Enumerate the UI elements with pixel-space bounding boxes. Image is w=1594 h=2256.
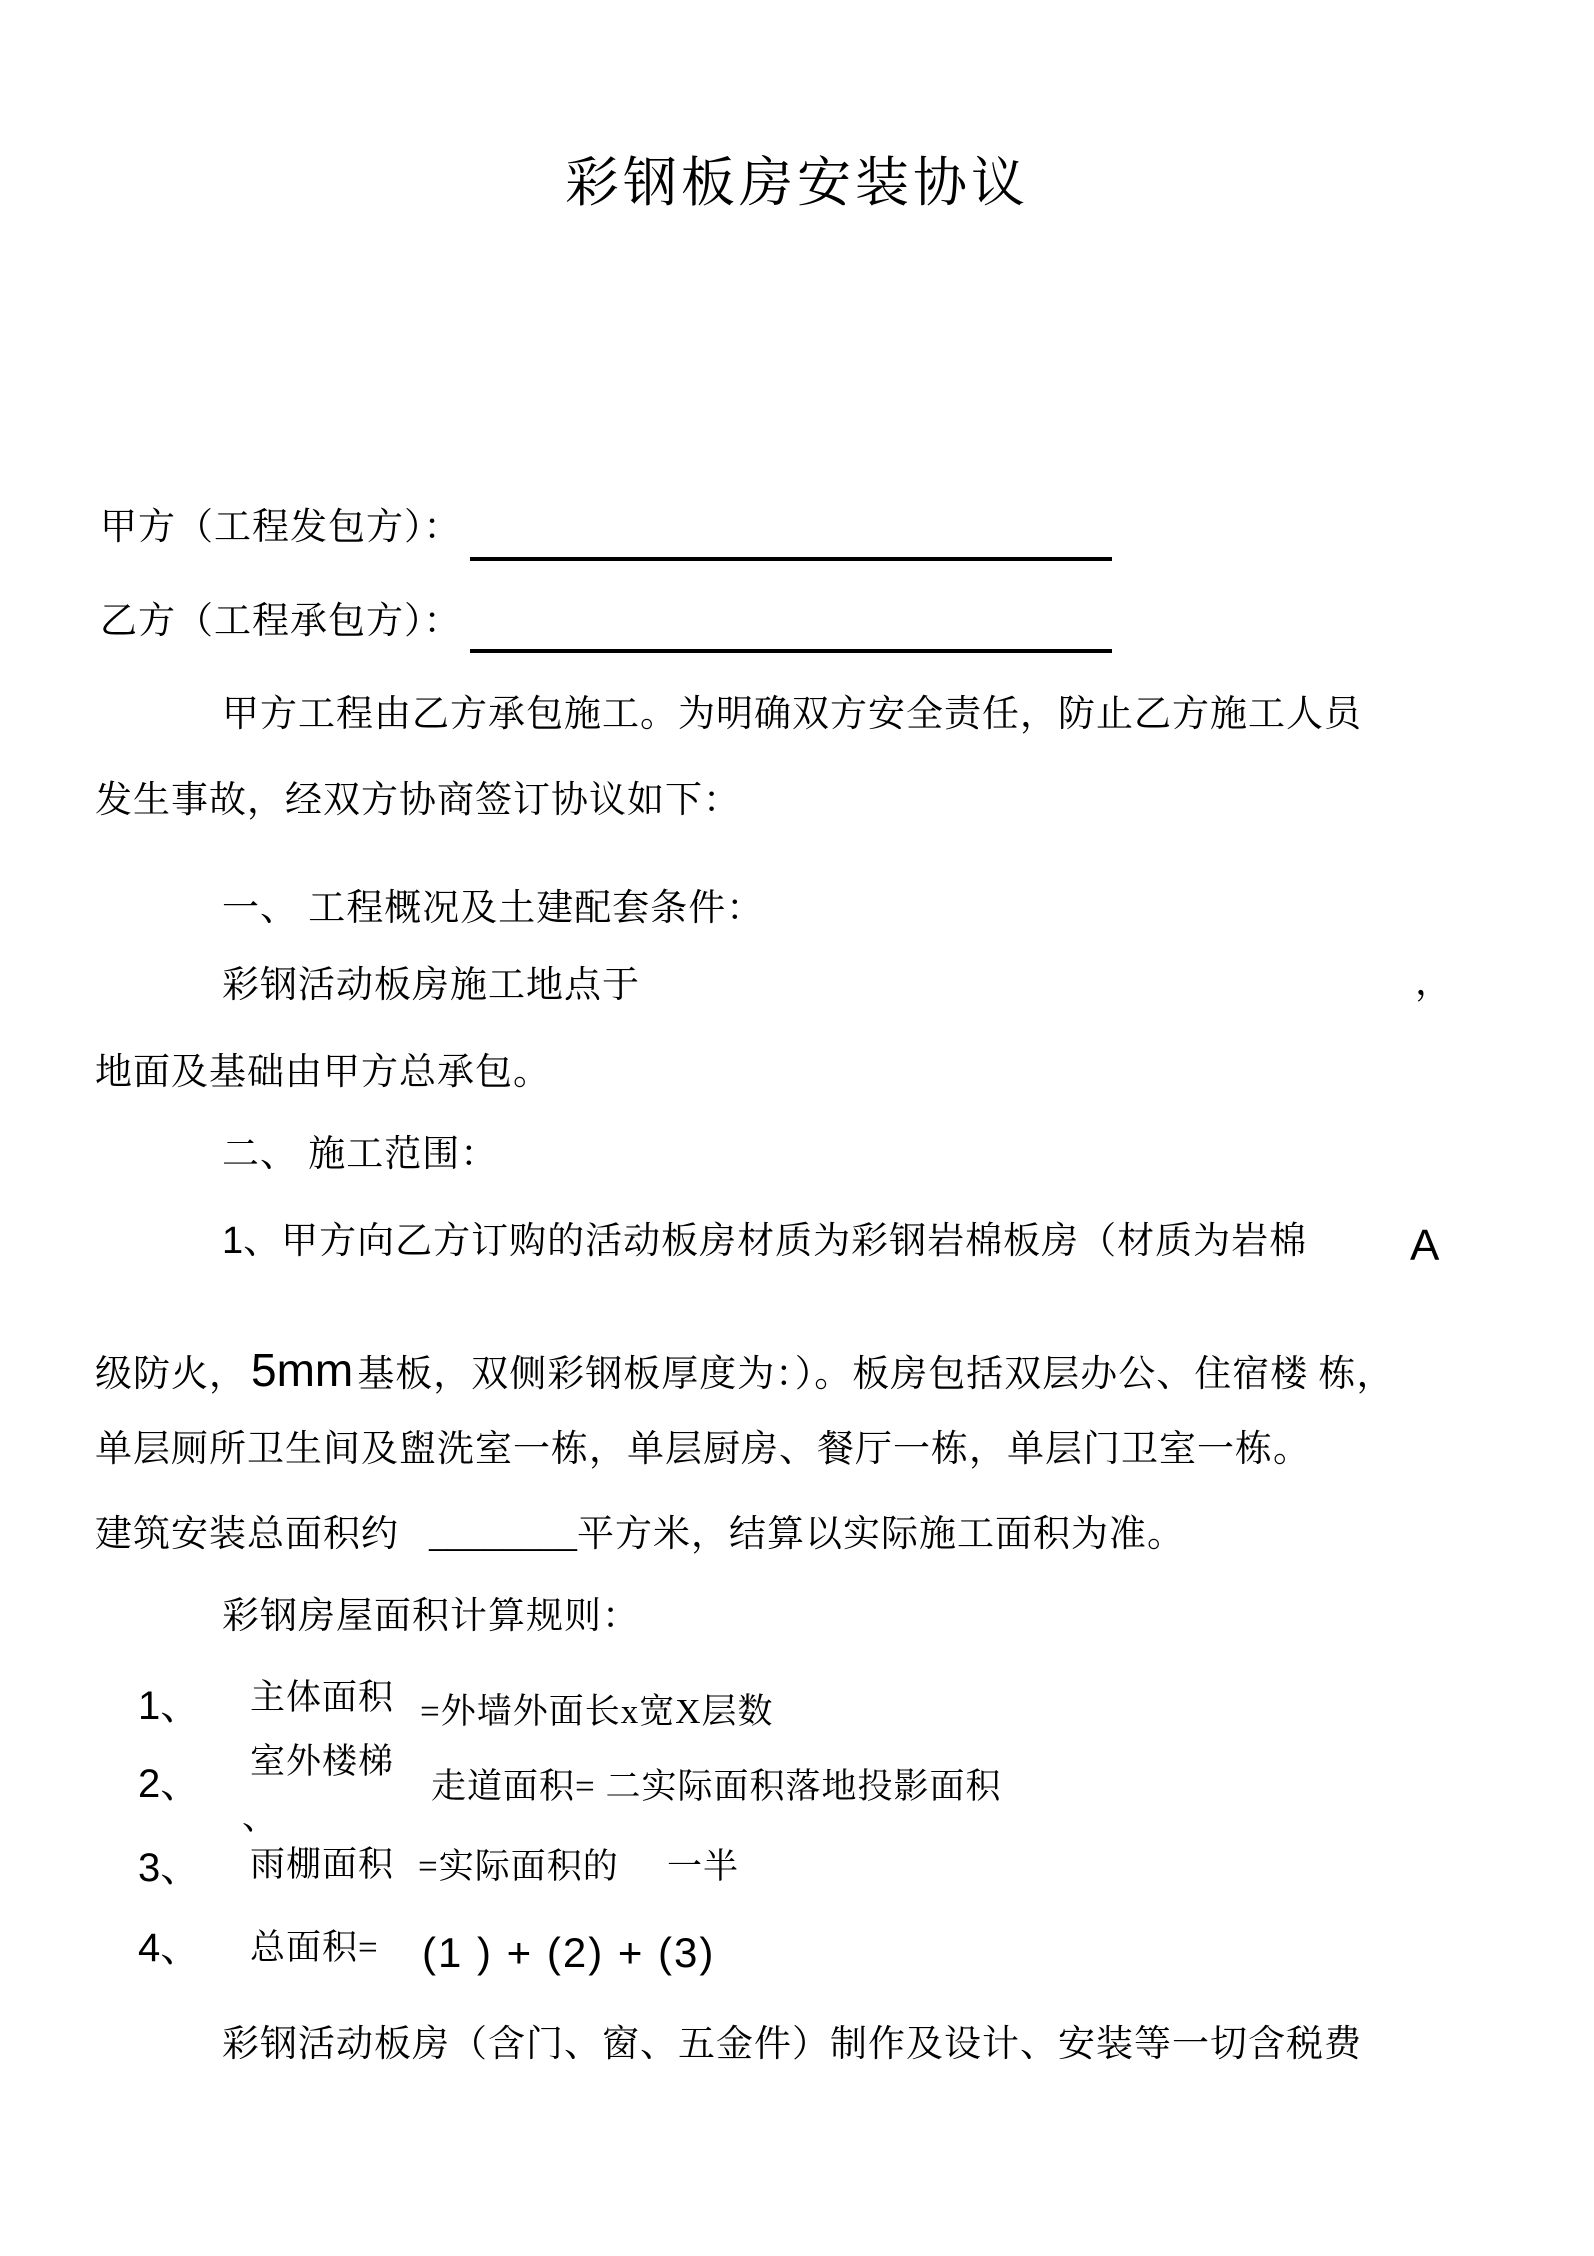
rule-item-1-number: 1、 <box>138 1682 200 1730</box>
party-b-label: 乙方（工程承包方）： <box>100 599 462 645</box>
clause1-line-4-pre: 建筑安装总面积约 <box>95 1514 399 1555</box>
rule-item-4-label: 总面积= <box>250 1926 379 1970</box>
clause1-line-2: 级防火，5mm基板，双侧彩钢板厚度为：）。板房包括双层办公、住宿楼 栋， <box>95 1342 1394 1400</box>
intro-line-2: 发生事故，经双方协商签订协议如下： <box>95 778 741 824</box>
intro-line-1: 甲方工程由乙方承包施工。为明确双方安全责任，防止乙方施工人员 <box>222 692 1362 738</box>
section2-heading: 二、 施工范围： <box>222 1132 498 1178</box>
clause1-line-4: 建筑安装总面积约________平方米，结算以实际施工面积为准。 <box>95 1512 1185 1558</box>
clause1-line-2-pre: 级防火， <box>95 1354 247 1395</box>
clause1-line-1-text: 甲方向乙方订购的活动板房材质为彩钢岩棉板房（材质为岩棉 <box>281 1221 1307 1262</box>
rule-item-2-formula: 走道面积= 二实际面积落地投影面积 <box>431 1765 1002 1809</box>
party-b-fill-line[interactable] <box>470 649 1112 653</box>
clause1-line-4-post: 平方米，结算以实际施工面积为准。 <box>577 1514 1185 1555</box>
contract-page: 彩钢板房安装协议 甲方（工程发包方）： 乙方（工程承包方）： 甲方工程由乙方承包… <box>0 0 1594 2256</box>
rule-item-3-label: 雨棚面积 <box>250 1843 394 1887</box>
fire-grade-letter: A <box>1410 1224 1439 1268</box>
clause1-line-2-post: 基板，双侧彩钢板厚度为：）。板房包括双层办公、住宿楼 栋， <box>357 1354 1394 1395</box>
section1-location-line: 彩钢活动板房施工地点于 <box>222 963 640 1009</box>
party-a-label: 甲方（工程发包方）： <box>100 505 462 551</box>
party-a-fill-line[interactable] <box>470 557 1112 561</box>
rule-item-3-formula-tail: 一半 <box>667 1845 739 1889</box>
document-title: 彩钢板房安装协议 <box>0 152 1594 214</box>
rule-item-2-label: 室外楼梯 <box>250 1740 394 1784</box>
rule-item-1-formula: =外墙外面长x宽X层数 <box>420 1690 774 1734</box>
clause1-line-1: 1、甲方向乙方订购的活动板房材质为彩钢岩棉板房（材质为岩棉 <box>222 1218 1307 1266</box>
rule-item-3-formula: =实际面积的 <box>418 1845 619 1889</box>
rule-item-4-number: 4、 <box>138 1924 200 1972</box>
rule-item-2-number: 2、 <box>138 1760 200 1808</box>
rule-item-2-label-continuation: 、 <box>242 1796 278 1840</box>
closing-line: 彩钢活动板房（含门、窗、五金件）制作及设计、安装等一切含税费 <box>222 2022 1362 2068</box>
rule-item-1-label: 主体面积 <box>250 1676 394 1720</box>
section1-heading: 一、 工程概况及土建配套条件： <box>222 886 764 932</box>
total-area-fill-blank[interactable]: ________ <box>429 1514 577 1555</box>
rule-item-3-number: 3、 <box>138 1844 200 1892</box>
section1-foundation-line: 地面及基础由甲方总承包。 <box>95 1050 551 1096</box>
rules-heading: 彩钢房屋面积计算规则： <box>222 1594 640 1640</box>
section1-location-comma: ， <box>1415 960 1453 1006</box>
panel-thickness-value: 5mm <box>251 1344 353 1396</box>
rule-item-4-formula: (1 ) + (2) + (3) <box>422 1928 715 1978</box>
clause1-line-3: 单层厕所卫生间及盥洗室一栋，单层厨房、餐厅一栋，单层门卫室一栋。 <box>95 1427 1311 1473</box>
clause1-line-1-number: 1、 <box>222 1220 281 1262</box>
